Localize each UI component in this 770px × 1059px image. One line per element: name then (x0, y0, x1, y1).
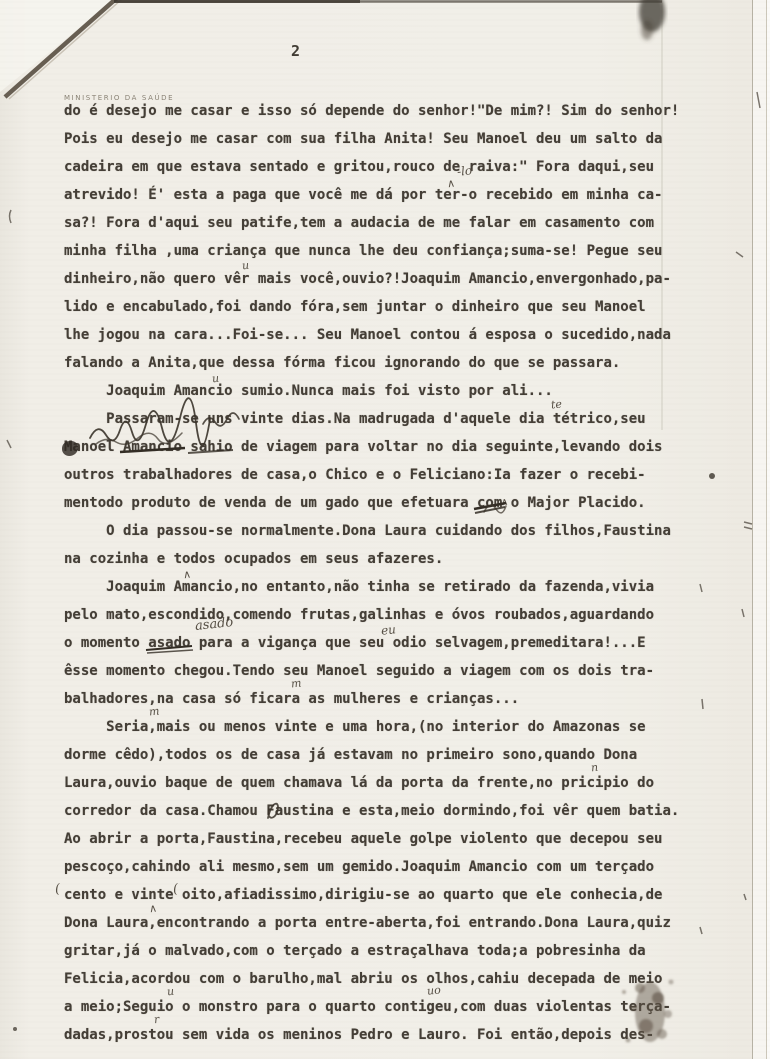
text-line: Pois eu desejo me casar com sua filha An… (64, 125, 684, 153)
handwritten-caret: ∧ (500, 497, 508, 509)
handwritten-caret: ∧ (148, 902, 157, 916)
text-line: dinheiro,não quero vêr mais você,ouvio?!… (64, 265, 684, 293)
handwritten-caret: ∧ (182, 568, 191, 582)
text-line: Passaram-se uns vinte dias.Na madrugada … (64, 405, 684, 433)
text-line: cento e vinte oito,afiadissimo,dirigiu-s… (64, 881, 684, 909)
text-line: êsse momento chegou.Tendo seu Manoel seg… (64, 657, 684, 685)
handwritten-caret: ∧ (446, 177, 455, 191)
text-line: outros trabalhadores de casa,o Chico e o… (64, 461, 684, 489)
text-line: Felicia,acordou com o barulho,mal abriu … (64, 965, 684, 993)
handwritten-correction: u (166, 985, 174, 999)
text-line: falando a Anita,que dessa fórma ficou ig… (64, 349, 684, 377)
text-line: pelo mato,escondido,comendo frutas,galin… (64, 601, 684, 629)
scanned-page: 2 MINISTERIO DA SAÚDE do é desejo me cas… (0, 0, 770, 1059)
text-line: corredor da casa.Chamou Faustina e esta,… (64, 797, 684, 825)
text-line: minha filha ,uma criança que nunca lhe d… (64, 237, 684, 265)
handwritten-correction: te (550, 397, 562, 411)
handwritten-correction: uo (426, 983, 441, 997)
text-line: pescoço,cahindo ali mesmo,sem um gemido.… (64, 853, 684, 881)
text-line: cadeira em que estava sentado e gritou,r… (64, 153, 684, 181)
typewritten-text: do é desejo me casar e isso só depende d… (64, 97, 684, 1049)
handwritten-correction: -lo (456, 163, 473, 179)
scan-edge-strip (752, 0, 770, 1059)
text-line: Manoel Amancio sahio de viagem para volt… (64, 433, 684, 461)
handwritten-correction: u (241, 259, 249, 273)
text-line: Joaquim Amancio sumio.Nunca mais foi vis… (64, 377, 684, 405)
text-line: na cozinha e todos ocupados em seus afaz… (64, 545, 684, 573)
text-line: lhe jogou na cara...Foi-se... Seu Manoel… (64, 321, 684, 349)
text-line: mentodo produto de venda de um gado que … (64, 489, 684, 517)
handwritten-paren: ( (54, 882, 61, 897)
page-number: 2 (291, 42, 300, 60)
text-line: sa?! Fora d'aqui seu patife,tem a audaci… (64, 209, 684, 237)
handwritten-correction: m (290, 676, 302, 690)
handwritten-correction: m (148, 704, 160, 718)
text-line: O dia passou-se normalmente.Dona Laura c… (64, 517, 684, 545)
text-line: atrevido! É' esta a paga que você me dá … (64, 181, 684, 209)
text-line: lido e encabulado,foi dando fóra,sem jun… (64, 293, 684, 321)
text-line: gritar,já o malvado,com o terçado a estr… (64, 937, 684, 965)
fold-crease (0, 0, 122, 99)
text-line: Ao abrir a porta,Faustina,recebeu aquele… (64, 825, 684, 853)
text-line: do é desejo me casar e isso só depende d… (64, 97, 684, 125)
handwritten-correction: eu (380, 622, 396, 637)
text-line: o momento asado para a vigança que seu o… (64, 629, 684, 657)
handwritten-correction: n (590, 761, 598, 775)
handwritten-correction: u (211, 372, 219, 386)
text-line: Joaquim Amancio,no entanto,não tinha se … (64, 573, 684, 601)
